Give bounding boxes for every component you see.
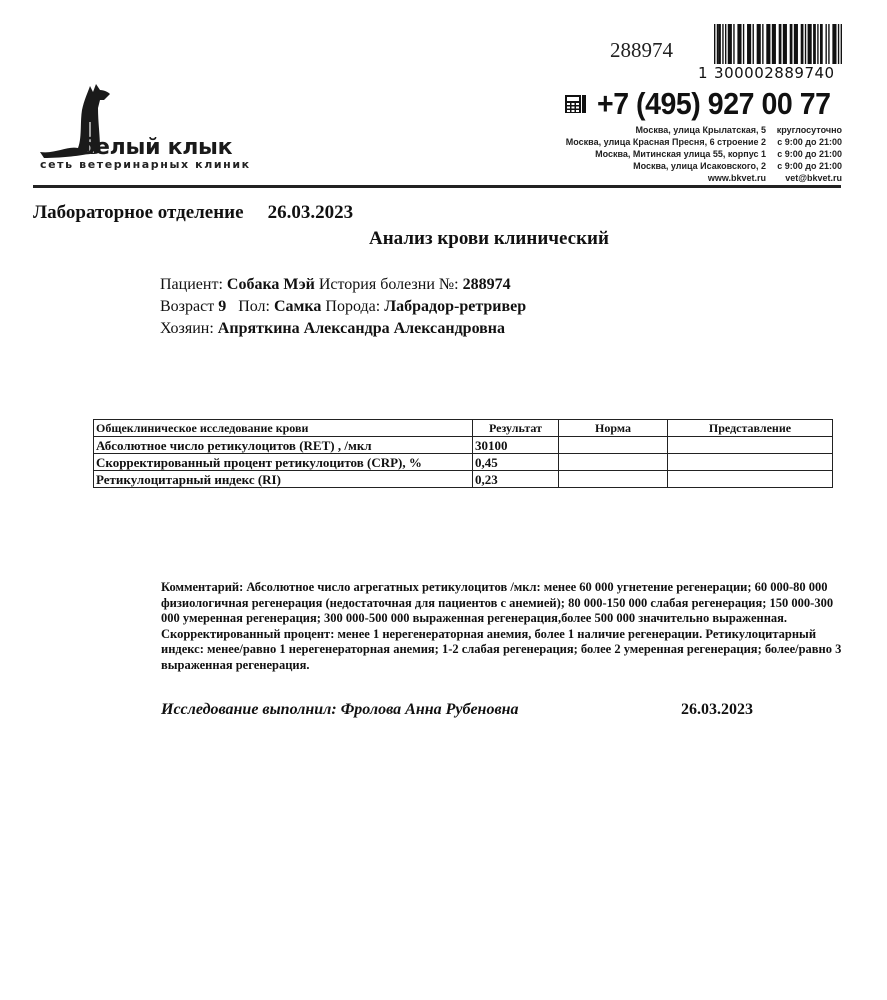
test-norm	[559, 437, 668, 454]
table-row: Скорректированный процент ретикулоцитов …	[94, 454, 833, 471]
clinic-name: белый клык	[80, 135, 232, 160]
phone-icon	[565, 93, 587, 115]
location-address: Москва, Митинская улица 55, корпус 1	[595, 148, 766, 160]
test-norm	[559, 471, 668, 488]
column-header-norm: Норма	[559, 420, 668, 437]
location-hours: с 9:00 до 21:00	[766, 160, 842, 172]
patient-details-line: Возраст 9 Пол: Самка Порода: Лабрадор-ре…	[160, 296, 526, 318]
location-row: Москва, улица Крылатская, 5 круглосуточн…	[560, 124, 842, 136]
test-name: Ретикулоцитарный индекс (RI)	[94, 471, 473, 488]
sex-label: Пол:	[238, 298, 270, 315]
clinic-website[interactable]: www.bkvet.ru	[708, 172, 766, 184]
barcode-number: 1300002889740	[698, 64, 835, 82]
column-header-test: Общеклиническое исследование крови	[94, 420, 473, 437]
breed-label: Порода:	[325, 298, 380, 315]
test-name: Скорректированный процент ретикулоцитов …	[94, 454, 473, 471]
table-header-row: Общеклиническое исследование крови Резул…	[94, 420, 833, 437]
web-row: www.bkvet.ru vet@bkvet.ru	[560, 172, 842, 184]
location-address: Москва, улица Красная Пресня, 6 строение…	[566, 136, 766, 148]
signature-date: 26.03.2023	[681, 701, 753, 719]
barcode-lead-digit: 1	[698, 64, 708, 82]
patient-label: Пациент:	[160, 276, 223, 293]
report-date: 26.03.2023	[268, 202, 354, 223]
test-norm	[559, 454, 668, 471]
column-header-interpretation: Представление	[668, 420, 833, 437]
patient-info: Пациент: Собака Мэй История болезни №: 2…	[160, 274, 526, 340]
location-hours: с 9:00 до 21:00	[766, 148, 842, 160]
test-result: 30100	[473, 437, 559, 454]
history-label: История болезни №:	[319, 276, 459, 293]
patient-name: Собака Мэй	[227, 276, 315, 293]
clinic-subtitle: сеть ветеринарных клиник	[40, 158, 251, 171]
barcode-icon	[714, 24, 842, 64]
test-result: 0,45	[473, 454, 559, 471]
patient-age: 9	[218, 298, 226, 315]
test-result: 0,23	[473, 471, 559, 488]
department-name: Лабораторное отделение	[33, 202, 244, 223]
test-name: Абсолютное число ретикулоцитов (RET) , /…	[94, 437, 473, 454]
comment-text: Комментарий: Абсолютное число агрегатных…	[161, 580, 851, 674]
document-number: 288974	[610, 38, 673, 63]
owner-line: Хозяин: Апряткина Александра Александров…	[160, 318, 526, 340]
test-interpretation	[668, 454, 833, 471]
results-table: Общеклиническое исследование крови Резул…	[93, 419, 833, 488]
patient-sex: Самка	[274, 298, 321, 315]
table-row: Абсолютное число ретикулоцитов (RET) , /…	[94, 437, 833, 454]
location-hours: круглосуточно	[766, 124, 842, 136]
age-label: Возраст	[160, 298, 214, 315]
table-row: Ретикулоцитарный индекс (RI) 0,23	[94, 471, 833, 488]
clinic-email[interactable]: vet@bkvet.ru	[766, 172, 842, 184]
location-hours: с 9:00 до 21:00	[766, 136, 842, 148]
history-number: 288974	[463, 276, 511, 293]
department-line: Лабораторное отделение26.03.2023	[33, 202, 353, 224]
performed-by: Исследование выполнил: Фролова Анна Рубе…	[161, 701, 518, 719]
column-header-result: Результат	[473, 420, 559, 437]
location-row: Москва, улица Красная Пресня, 6 строение…	[560, 136, 842, 148]
patient-line: Пациент: Собака Мэй История болезни №: 2…	[160, 274, 526, 296]
test-interpretation	[668, 437, 833, 454]
test-interpretation	[668, 471, 833, 488]
barcode-digits: 300002889740	[714, 64, 835, 82]
clinic-contacts: Москва, улица Крылатская, 5 круглосуточн…	[560, 124, 842, 184]
clinic-phone: +7 (495) 927 00 77	[597, 86, 831, 122]
owner-name: Апряткина Александра Александровна	[218, 320, 505, 337]
location-row: Москва, улица Исаковского, 2 с 9:00 до 2…	[560, 160, 842, 172]
report-title: Анализ крови клинический	[369, 228, 609, 250]
header-divider	[33, 185, 841, 188]
location-address: Москва, улица Крылатская, 5	[635, 124, 766, 136]
phone-block: +7 (495) 927 00 77	[565, 86, 851, 122]
owner-label: Хозяин:	[160, 320, 214, 337]
location-row: Москва, Митинская улица 55, корпус 1 с 9…	[560, 148, 842, 160]
patient-breed: Лабрадор-ретривер	[384, 298, 526, 315]
location-address: Москва, улица Исаковского, 2	[633, 160, 766, 172]
